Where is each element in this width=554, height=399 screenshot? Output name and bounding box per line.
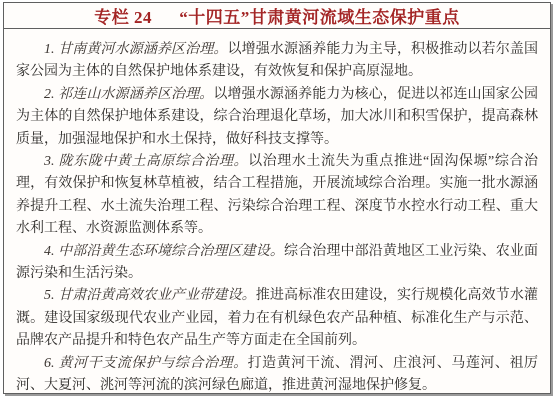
item-lead: 4. 中部沿黄生态环境综合治理区建设。 — [44, 244, 284, 259]
list-item: 6. 黄河干支流保护与综合治理。打造黄河干流、渭河、庄浪河、马莲河、祖厉河、大夏… — [16, 353, 538, 398]
panel-title-text: “十四五”甘肃黄河流域生态保护重点 — [179, 3, 460, 28]
list-item: 4. 中部沿黄生态环境综合治理区建设。综合治理中部沿黄地区工业污染、农业面源污染… — [16, 241, 538, 286]
list-item: 5. 甘肃沿黄高效农业产业带建设。推进高标准农田建设，实行规模化高效节水灌溉。建… — [16, 285, 538, 352]
panel-body: 1. 甘南黄河水源涵养区治理。以增强水源涵养能力为主导，积极推动以若尔盖国家公园… — [4, 29, 550, 398]
item-lead: 5. 甘肃沿黄高效农业产业带建设。 — [44, 288, 256, 303]
panel-title: 专栏 24 “十四五”甘肃黄河流域生态保护重点 — [4, 3, 550, 29]
list-item: 1. 甘南黄河水源涵养区治理。以增强水源涵养能力为主导，积极推动以若尔盖国家公园… — [16, 39, 538, 84]
item-lead: 1. 甘南黄河水源涵养区治理。 — [44, 42, 228, 57]
item-lead: 3. 陇东陇中黄土高原综合治理。 — [44, 154, 248, 169]
column-panel: 专栏 24 “十四五”甘肃黄河流域生态保护重点 1. 甘南黄河水源涵养区治理。以… — [3, 2, 551, 394]
panel-title-label: 专栏 24 — [94, 3, 152, 28]
item-lead: 6. 黄河干支流保护与综合治理。 — [44, 356, 248, 371]
list-item: 3. 陇东陇中黄土高原综合治理。以治理水土流失为重点推进“固沟保塬”综合治理，有… — [16, 151, 538, 241]
list-item: 2. 祁连山水源涵养区治理。以增强水源涵养能力为核心，促进以祁连山国家公园为主体… — [16, 84, 538, 151]
item-lead: 2. 祁连山水源涵养区治理。 — [44, 87, 213, 102]
document-page: 专栏 24 “十四五”甘肃黄河流域生态保护重点 1. 甘南黄河水源涵养区治理。以… — [0, 0, 554, 399]
